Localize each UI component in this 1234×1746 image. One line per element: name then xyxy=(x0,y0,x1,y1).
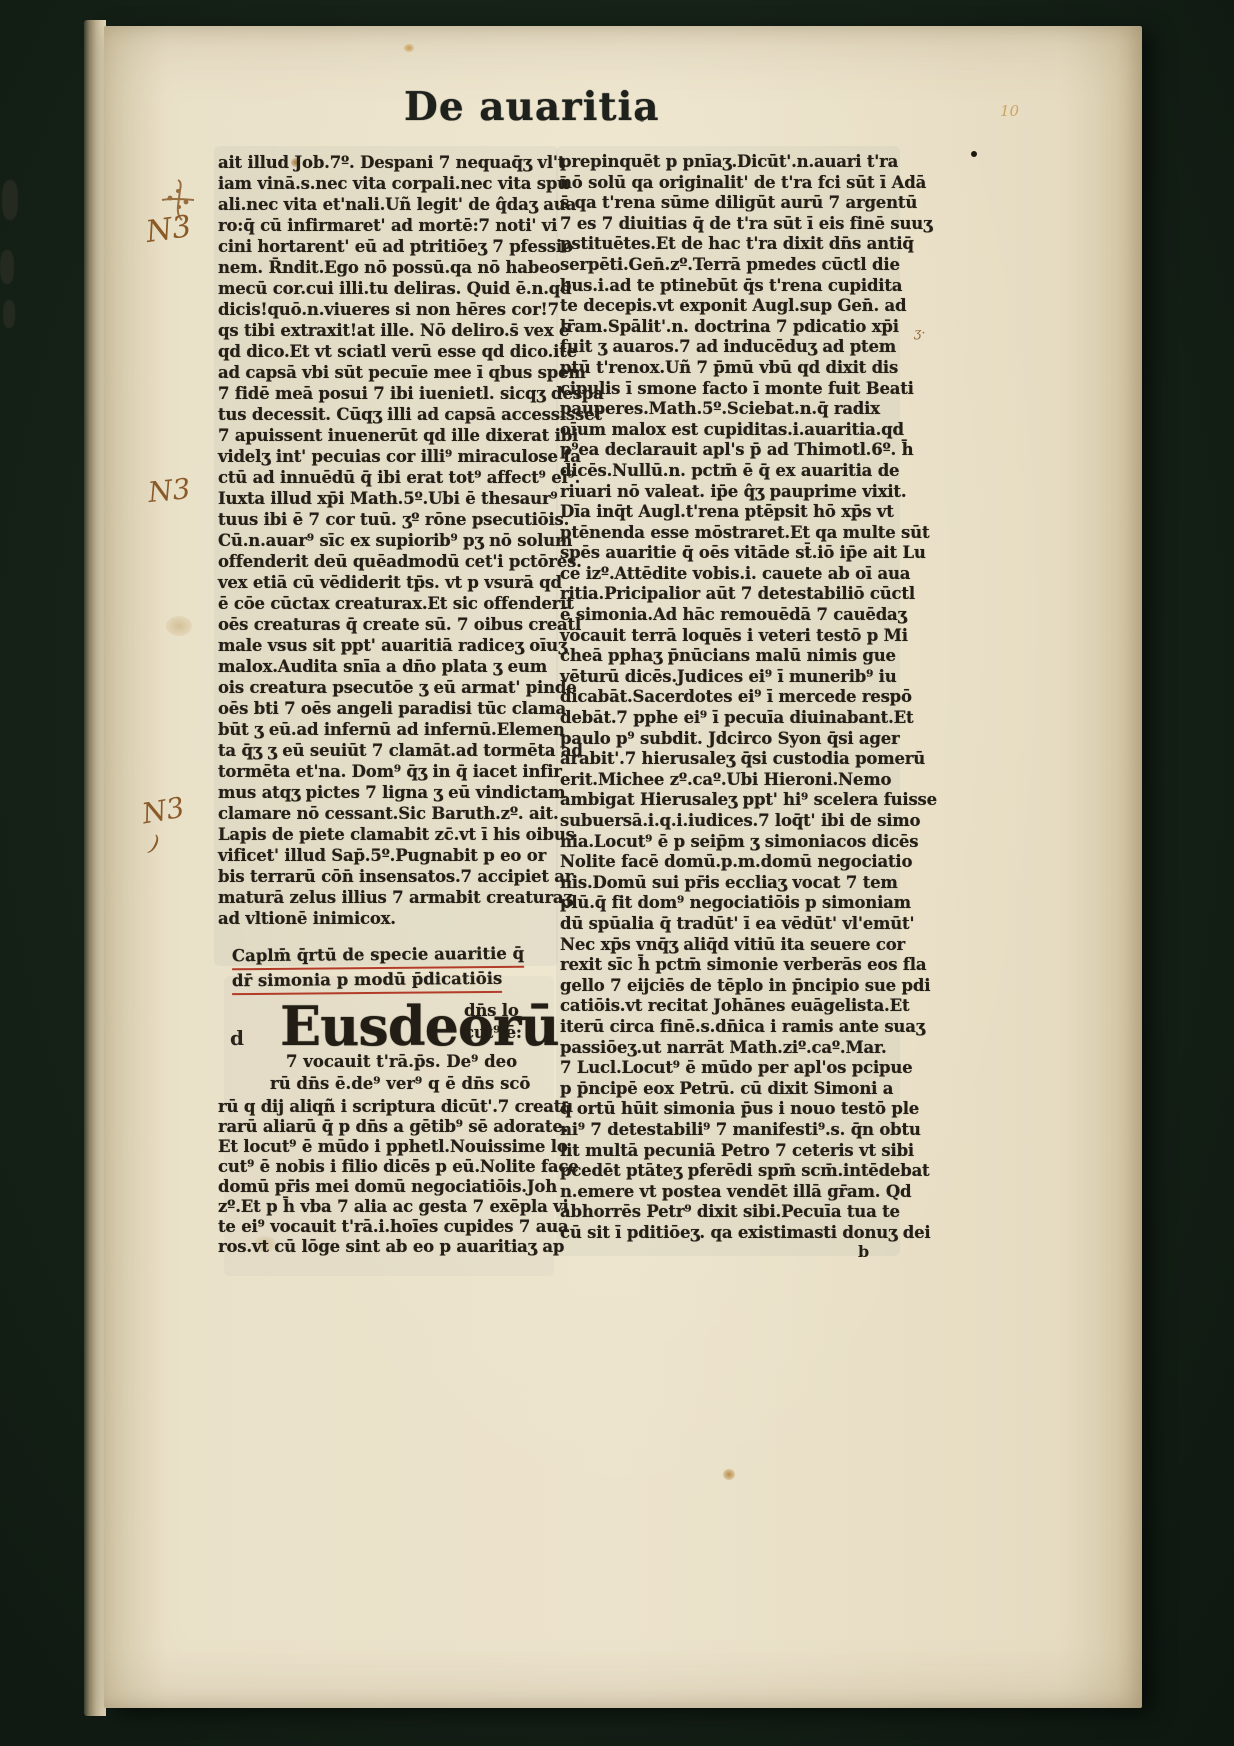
text-line: Nec xp̄s vnq̄ʒ aliq̄d vitiū ita seuere c… xyxy=(560,935,900,956)
left-text-column-continued: rū q dij aliqñ i scriptura dicūt'.7 crea… xyxy=(218,1097,558,1257)
text-line: dn̄s lo xyxy=(464,1000,522,1022)
text-line: cheā pphaʒ p̄nūcians malū nimis gue xyxy=(560,646,900,667)
text-line: 7 es 7 diuitias q̄ de t'ra sūt ī eis fin… xyxy=(560,214,900,235)
text-line: cut⁹ ē: xyxy=(464,1022,522,1044)
text-line: ad vltionē inimicox. xyxy=(218,908,558,929)
text-line: rū dn̄s ē.de⁹ ver⁹ q ē dn̄s scō xyxy=(270,1074,530,1093)
text-line: oēs bti 7 oēs angeli paradisi tūc clama xyxy=(218,698,558,719)
text-line: ptēnenda esse mōstraret.Et qa multe sūt xyxy=(560,523,900,544)
text-line: qs tibi extraxit!at ille. Nō deliro.s̄ v… xyxy=(218,320,558,341)
text-line: domū pr̄is mei domū negociatiōis.Joh xyxy=(218,1177,558,1197)
text-line: 7 fidē meā posui 7 ibi iuenietl. sicqʒ d… xyxy=(218,383,558,404)
text-line: vocauit terrā loquēs i veteri testō p Mi xyxy=(560,626,900,647)
text-line: ta q̄ʒ ʒ eū seuiūt 7 clamāt.ad tormēta a… xyxy=(218,740,558,761)
text-line: cini hortarent' eū ad ptritiōeʒ 7 pfessi… xyxy=(218,236,558,257)
text-line: ro:q̄ cū infirmaret' ad mortē:7 noti' vi xyxy=(218,215,558,236)
text-line: passiōeʒ.ut narrāt Math.ziº.caº.Mar. xyxy=(560,1038,900,1059)
text-line: ait illud Job.7º. Despani 7 nequaq̄ʒ vl'… xyxy=(218,152,558,173)
text-line: rū q dij aliqñ i scriptura dicūt'.7 crea… xyxy=(218,1097,558,1117)
text-line: rarū aliarū q̄ p dn̄s a gētib⁹ sē adorat… xyxy=(218,1117,558,1137)
text-line: nia.Locut⁹ ē p seip̄m ʒ simoniacos dicēs xyxy=(560,832,900,853)
text-line: plū.q̄ fit dom⁹ negociatiōis p simoniam xyxy=(560,893,900,914)
text-line: pstituētes.Et de hac t'ra dixit dn̄s ant… xyxy=(560,234,900,255)
text-line: ni⁹ 7 detestabili⁹ 7 manifesti⁹.s. q̄n o… xyxy=(560,1120,900,1141)
stain xyxy=(723,1469,735,1480)
text-line: ce izº.Attēdite vobis.i. cauete ab oī au… xyxy=(560,564,900,585)
text-line: tus decessit. Cūqʒ illi ad capsā accessi… xyxy=(218,404,558,425)
text-line: bus.i.ad te ptinebūt q̄s t'rena cupidita xyxy=(560,276,900,297)
incipit-side-lines: dn̄s lo cut⁹ ē: xyxy=(464,1000,522,1044)
text-line: dicabāt.Sacerdotes ei⁹ ī mercede respō xyxy=(560,687,900,708)
text-line: prepinquēt p pnīaʒ.Dicūt'.n.auari t'ra xyxy=(560,152,900,173)
ink-speck xyxy=(971,151,977,157)
chapter-heading-line: Caplm̄ q̄rtū de specie auaritie q̄ xyxy=(232,943,524,971)
text-line: ad capsā vbi sūt pecuīe mee ī qbus spem xyxy=(218,362,558,383)
text-line: cut⁹ ē nobis i filio dicēs p eū.Nolite f… xyxy=(218,1157,558,1177)
text-line: vex etiā cū vēdiderit tp̄s. vt p vsurā q… xyxy=(218,572,558,593)
text-line: 7 apuissent inuenerūt qd ille dixerat ib… xyxy=(218,425,558,446)
adjacent-leaf-mark xyxy=(3,300,15,328)
text-line: abhorrēs Petr⁹ dixit sibi.Pecuīa tua te xyxy=(560,1202,900,1223)
text-line: ē simonia.Ad hāc remouēdā 7 cauēdaʒ xyxy=(560,605,900,626)
stain xyxy=(166,616,192,636)
text-line: offenderit deū quēadmodū cet'i pctōres. xyxy=(218,551,558,572)
text-line: tuus ibi ē 7 cor tuū. ʒº rōne psecutiōis… xyxy=(218,509,558,530)
text-line: bis terrarū cōn̄ insensatos.7 accipiet a… xyxy=(218,866,558,887)
chapter-heading: Caplm̄ q̄rtū de specie auaritie q̄ dr̄ s… xyxy=(232,944,524,994)
text-line: arabit'.7 hierusaleʒ q̄si custodia pomer… xyxy=(560,749,900,770)
book-leaf-edges xyxy=(84,20,106,1716)
text-line: maturā zelus illius 7 armabit creaturaʒ xyxy=(218,887,558,908)
text-line: fuit ʒ auaros.7 ad inducēduʒ ad ptem xyxy=(560,337,900,358)
text-line: malox.Audita snīa a dn̄o plata ʒ eum xyxy=(218,656,558,677)
chapter-heading-line: dr̄ simonia p modū p̄dicatiōis xyxy=(232,968,502,995)
text-line: subuersā.i.q.i.iudices.7 loq̄t' ibi de s… xyxy=(560,811,900,832)
text-line: qd dico.Et vt sciatl verū esse qd dico.i… xyxy=(218,341,558,362)
text-line: ctū ad innuēdū q̄ ibi erat tot⁹ affect⁹ … xyxy=(218,467,558,488)
signature-mark: b xyxy=(858,1242,869,1261)
text-line: dicēs.Nullū.n. pctm̄ ē q̄ ex auaritia de xyxy=(560,461,900,482)
left-text-column: ait illud Job.7º. Despani 7 nequaq̄ʒ vl'… xyxy=(218,152,558,929)
text-line: iam vinā.s.nec vita corpali.nec vita spū xyxy=(218,173,558,194)
text-line: serpēti.Gen̄.zº.Terrā pmedes cūctl die xyxy=(560,255,900,276)
text-line: Cū.n.auar⁹ sīc ex supiorib⁹ pʒ nō solum xyxy=(218,530,558,551)
text-line: Lapis de piete clamabit zc̄.vt ī his oib… xyxy=(218,824,558,845)
text-line: 7 Lucl.Locut⁹ ē mūdo per apl'os pcipue xyxy=(560,1058,900,1079)
text-line: Iuxta illud xp̄i Math.5º.Ubi ē thesaur⁹ xyxy=(218,488,558,509)
text-line: ali.nec vita et'nali.Uñ legit' de q̂daʒ … xyxy=(218,194,558,215)
rubricator-guide-letter: d xyxy=(230,1026,244,1050)
text-line: riuari nō valeat. ip̄e q̂ʒ pauprime vixi… xyxy=(560,482,900,503)
text-line: nis.Domū sui pr̄is eccliaʒ vocat 7 tem xyxy=(560,873,900,894)
text-line: q̄ ortū hūit simonia p̄us i nouo testō p… xyxy=(560,1099,900,1120)
marginal-squiggle: ʒ· xyxy=(914,328,925,339)
text-line: debāt.7 pphe ei⁹ ī pecuīa diuinabant.Et xyxy=(560,708,900,729)
text-line: ambigat Hierusaleʒ ppt' hi⁹ scelera fuis… xyxy=(560,790,900,811)
book-page: De auaritia 10 ait illud Job.7º. Despani… xyxy=(104,26,1142,1708)
text-line: 7 vocauit t'rā.p̄s. De⁹ deo xyxy=(286,1052,517,1071)
text-line: catiōis.vt recitat Johānes euāgelista.Et xyxy=(560,996,900,1017)
stain xyxy=(404,44,414,52)
text-line: te decepis.vt exponit Augl.sup Gen̄. ad xyxy=(560,296,900,317)
text-line: ros.vt cū lōge sint ab eo p auaritiaʒ ap xyxy=(218,1237,558,1257)
text-line: Et locut⁹ ē mūdo i pphetl.Nouissime lo xyxy=(218,1137,558,1157)
text-line: male vsus sit ppt' auaritiā radiceʒ oīuʒ xyxy=(218,635,558,656)
page-title: De auaritia xyxy=(404,84,664,130)
text-line: p p̄ncipē eox Petrū. cū dixit Simoni a xyxy=(560,1079,900,1100)
text-line: ē cōe cūctax creaturax.Et sic offenderit xyxy=(218,593,558,614)
text-line: nō solū qa originalit' de t'ra fci sūt ī… xyxy=(560,173,900,194)
text-line: videlʒ int' pecuias cor illi⁹ miraculose… xyxy=(218,446,558,467)
right-text-column: prepinquēt p pnīaʒ.Dicūt'.n.auari t'ranō… xyxy=(560,152,900,1243)
marginal-cross-doodle xyxy=(156,176,202,228)
marginal-note-nb: N3 xyxy=(146,472,192,509)
text-line: te ei⁹ vocauit t'rā.i.hoīes cupides 7 au… xyxy=(218,1217,558,1237)
text-line: rexit sīc h̄ pctm̄ simonie verberās eos … xyxy=(560,955,900,976)
text-line: ritia.Pricipalior aūt 7 detestabiliō cūc… xyxy=(560,584,900,605)
text-line: Nolite facē domū.p.m.domū negociatio xyxy=(560,852,900,873)
text-line: ois creatura psecutōe ʒ eū armat' pinde xyxy=(218,677,558,698)
text-line: spēs auaritie q̄ oēs vitāde st̄.iō ip̄e … xyxy=(560,543,900,564)
text-line: mecū cor.cui illi.tu deliras. Quid ē.n.q… xyxy=(218,278,558,299)
text-line: Dīa inq̄t Augl.t'rena ptēpsit hō xp̄s vt xyxy=(560,502,900,523)
adjacent-leaf-mark xyxy=(0,250,14,284)
text-line: n.emere vt postea vendēt illā gr̄am. Qd xyxy=(560,1182,900,1203)
text-line: dicis!quō.n.viueres si non hēres cor!7 xyxy=(218,299,558,320)
text-line: lit multā pecuniā Petro 7 ceteris vt sib… xyxy=(560,1141,900,1162)
text-line: lr̄am.Spālit'.n. doctrina 7 pdicatio xp̄… xyxy=(560,317,900,338)
text-line: s̄ qa t'rena sūme diligūt aurū 7 argentū xyxy=(560,193,900,214)
text-line: cipulis ī smone facto ī monte fuit Beati xyxy=(560,379,900,400)
adjacent-leaf-mark xyxy=(2,180,18,220)
text-line: oēs creaturas q̄ create sū. 7 oibus crea… xyxy=(218,614,558,635)
marginal-flourish: ) xyxy=(147,831,161,857)
text-line: būt ʒ eū.ad infernū ad infernū.Elemen xyxy=(218,719,558,740)
text-line: clamare nō cessant.Sic Baruth.zº. ait. xyxy=(218,803,558,824)
text-line: vēturū dicēs.Judices ei⁹ ī munerib⁹ iu xyxy=(560,667,900,688)
text-line: pcedēt ptāteʒ pferēdi spm̄ scm̄.intēdeba… xyxy=(560,1161,900,1182)
text-line: p⁹ea declarauit apl's p̄ ad Thimotl.6º. … xyxy=(560,440,900,461)
text-line: nem. R̄ndit.Ego nō possū.qa nō habeo xyxy=(218,257,558,278)
text-line: tormēta et'na. Dom⁹ q̄ʒ in q̄ iacet infi… xyxy=(218,761,558,782)
marginal-note-nb: N3 xyxy=(139,791,186,831)
scanned-book-photo: { "page": { "header_title": "De auaritia… xyxy=(0,0,1234,1746)
text-line: ptū t'renox.Uñ 7 p̄mū vbū qd dixit dis xyxy=(560,358,900,379)
text-line: erit.Michee zº.caº.Ubi Hieroni.Nemo xyxy=(560,770,900,791)
text-line: gello 7 eijciēs de tēplo in p̄ncipio sue… xyxy=(560,976,900,997)
text-line: vificet' illud Sap̄.5º.Pugnabit p eo or xyxy=(218,845,558,866)
text-line: paulo p⁹ subdit. Jdcirco Syon q̄si ager xyxy=(560,729,900,750)
text-line: mus atqʒ pictes 7 ligna ʒ eū vindictam xyxy=(218,782,558,803)
folio-number: 10 xyxy=(1000,102,1019,120)
text-line: oīum malox est cupiditas.i.auaritia.qd xyxy=(560,420,900,441)
text-line: dū spūalia q̄ tradūt' ī ea vēdūt' vl'emū… xyxy=(560,914,900,935)
text-line: pauperes.Math.5º.Sciebat.n.q̄ radix xyxy=(560,399,900,420)
text-line: zº.Et p h̄ vba 7 alia ac gesta 7 exēpla … xyxy=(218,1197,558,1217)
text-line: cū sit ī pditiōeʒ. qa existimasti donuʒ … xyxy=(560,1223,900,1244)
text-line: iterū circa finē.s.dn̄ica i ramis ante s… xyxy=(560,1017,900,1038)
